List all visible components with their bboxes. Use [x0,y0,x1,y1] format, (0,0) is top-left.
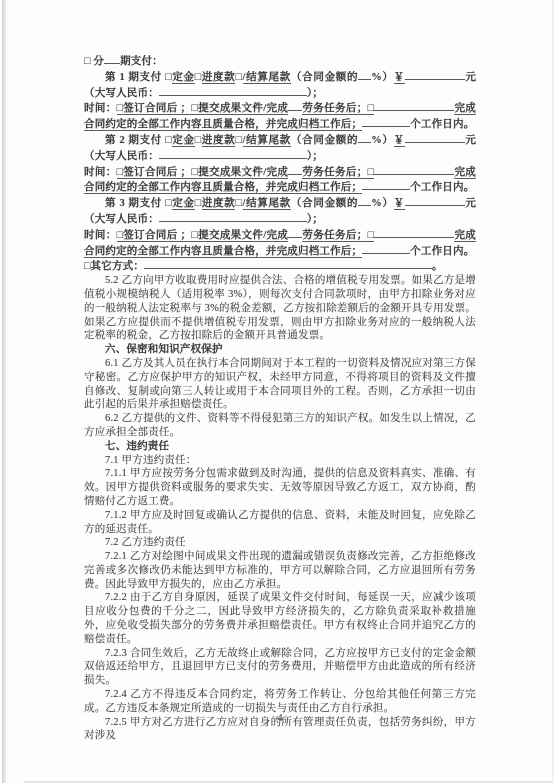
text-segment: 7.1.1 甲方应按劳务分包需求做到及时沟通，提供的信息及资料真实、准确、有效。… [84,468,476,507]
text-segment: 个工作日内。 [410,119,474,130]
clause-7-1-1: 7.1.1 甲方应按劳务分包需求做到及时沟通，提供的信息及资料真实、准确、有效。… [84,467,476,508]
text-segment: □其它方式： [84,261,144,272]
clause-7-2-4: 7.2.4 乙方不得违反本合同约定，将劳务工作转让、分包给其他任何第三方完成。乙… [84,688,476,716]
clause-7-1: 7.1 甲方违约责任： [84,454,476,468]
text-segment: （合同金额的 [291,135,358,146]
blank-fill-in-field [362,179,410,190]
text-segment: （合同金额的 [291,72,358,83]
installment-3-amount: 第 3 期支付 □定金□进度款□/结算尾款（合同金额的%）￥元（大写人民币：）； [84,195,476,227]
text-segment: /结算尾款 [243,72,291,84]
blank-fill-in-field [288,227,302,238]
text-segment: ）； [307,151,323,162]
text-segment: 劳务任务后；□ [302,103,374,115]
clause-7-1-2: 7.1.2 甲方应及时回复或确认乙方提供的信息、资料，未能及时回复，应免除乙方的… [84,509,476,537]
text-segment: 劳务任务后；□ [302,230,374,242]
text-segment: %） [371,135,393,146]
text-segment: 7.2 乙方违约责任 [105,537,186,548]
text-segment: 6.1 乙方及其人员在执行本合同期间对于本工程的一切资料及情况应对第三方保守秘密… [84,358,476,410]
contract-page: □ 分期支付：第 1 期支付 □定金□进度款□/结算尾款（合同金额的%）￥元（大… [0,0,554,783]
text-segment: 七、违约责任 [105,441,169,452]
installment-2-amount: 第 2 期支付 □定金□进度款□/结算尾款（合同金额的%）￥元（大写人民币：）； [84,132,476,164]
text-segment: 7.1.2 甲方应及时回复或确认乙方提供的信息、资料，未能及时回复，应免除乙方的… [84,510,476,535]
blank-fill-in-field [405,132,465,143]
text-segment: □ [235,198,242,209]
text-segment: %） [371,198,393,209]
text-segment: 第 2 期支付 □ [105,135,172,146]
text-segment: 进度款 [202,72,236,84]
text-segment: 第 3 期支付 □ [105,198,172,209]
blank-fill-in-field [104,53,120,64]
blank-fill-in-field [374,100,454,111]
text-segment: □ [195,72,202,83]
text-segment: 劳务任务后；□ [302,167,374,179]
text-segment: ）； [307,214,323,225]
text-segment: □签订合同后 ；□提交成果文件/完成 [117,103,289,115]
text-segment: □ [235,72,242,83]
clause-5-2: 5.2 乙方向甲方收取费用时应提供合法、合格的增值税专用发票。如果乙方是增值税小… [84,274,476,343]
blank-fill-in-field [374,227,454,238]
text-segment: 进度款 [202,135,236,147]
text-segment: 7.1 甲方违约责任： [105,455,196,466]
installment-1-time: 时间：□签订合同后 ；□提交成果文件/完成劳务任务后；□完成合同约定的全部工作内… [84,100,476,132]
clause-installment-header: □ 分期支付： [84,53,476,69]
installment-2-time: 时间：□签订合同后 ；□提交成果文件/完成劳务任务后；□完成合同约定的全部工作内… [84,164,476,196]
blank-fill-in-field [405,195,465,206]
text-segment: （合同金额的 [291,198,358,209]
blank-fill-in-field [144,258,432,269]
text-segment: ￥ [394,72,405,84]
installment-3-time: 时间：□签订合同后 ；□提交成果文件/完成劳务任务后；□完成合同约定的全部工作内… [84,227,476,259]
scan-left-edge [2,0,6,783]
blank-fill-in-field [288,100,302,111]
text-segment: /结算尾款 [243,135,291,147]
text-segment: 个工作日内。 [410,246,474,257]
text-segment: 5.2 乙方向甲方收取费用时应提供合法、合格的增值税专用发票。如果乙方是增值税小… [84,275,476,341]
section-7-heading: 七、违约责任 [84,440,476,454]
section-6-heading: 六、保密和知识产权保护 [84,343,476,357]
clause-6-1: 6.1 乙方及其人员在执行本合同期间对于本工程的一切资料及情况应对第三方保守秘密… [84,357,476,412]
blank-fill-in-field [358,132,371,143]
text-segment: □签订合同后 ；□提交成果文件/完成 [117,167,289,179]
clause-7-2-2: 7.2.2 由于乙方自身原因，延误了成果文件交付时间，每延误一天，应减少该项目应… [84,591,476,646]
blank-fill-in-field [159,148,307,159]
text-segment: 定金 [172,198,194,210]
text-segment: 六、保密和知识产权保护 [105,344,223,355]
text-segment: 。 [432,261,443,272]
document-text: □ 分期支付：第 1 期支付 □定金□进度款□/结算尾款（合同金额的%）￥元（大… [84,53,476,743]
text-segment: /结算尾款 [243,198,291,210]
text-segment: 定金 [172,135,194,147]
text-segment: 7.2.4 乙方不得违反本合同约定，将劳务工作转让、分包给其他任何第三方完成。乙… [84,689,476,714]
clause-other-method: □其它方式：。 [84,258,476,274]
installment-1-amount: 第 1 期支付 □定金□进度款□/结算尾款（合同金额的%）￥元（大写人民币：）； [84,69,476,101]
text-segment: 第 1 期支付 □ [105,72,172,83]
text-segment: 时间： [84,230,117,241]
text-segment: ）； [307,88,323,99]
text-segment: 时间： [84,103,117,114]
blank-fill-in-field [358,69,371,80]
text-segment: 6.2 乙方提供的文件、资料等不得侵犯第三方的知识产权。如发生以上情况，乙方应承… [84,413,476,438]
text-segment: 时间： [84,167,117,178]
text-segment: ￥ [394,198,405,210]
text-segment: 个工作日内。 [410,182,474,193]
page-number: 4 [84,713,476,724]
text-segment: □ [195,135,202,146]
text-segment: 进度款 [202,198,236,210]
blank-fill-in-field [405,69,465,80]
blank-fill-in-field [374,164,454,175]
clause-6-2: 6.2 乙方提供的文件、资料等不得侵犯第三方的知识产权。如发生以上情况，乙方应承… [84,412,476,440]
text-segment: 定金 [172,72,194,84]
blank-fill-in-field [288,164,302,175]
blank-fill-in-field [159,211,307,222]
text-segment: %） [371,72,393,83]
clause-7-2-3: 7.2.3 合同生效后，乙方无故终止或解除合同，乙方应按甲方已支付的定金金额双倍… [84,647,476,688]
text-segment: 7.2.3 合同生效后，乙方无故终止或解除合同，乙方应按甲方已支付的定金金额双倍… [84,648,476,687]
text-segment: 期支付： [120,56,163,67]
blank-fill-in-field [362,243,410,254]
blank-fill-in-field [358,195,371,206]
clause-7-2-1: 7.2.1 乙方对绘图中间成果文件出现的遗漏或错误负责修改完善，乙方拒绝修改完善… [84,550,476,591]
text-segment: 7.2.1 乙方对绘图中间成果文件出现的遗漏或错误负责修改完善，乙方拒绝修改完善… [84,551,476,590]
text-segment: 7.2.2 由于乙方自身原因，延误了成果文件交付时间，每延误一天，应减少该项目应… [84,592,476,644]
text-segment: □签订合同后 ；□提交成果文件/完成 [117,230,289,242]
text-segment: □ [235,135,242,146]
clause-7-2: 7.2 乙方违约责任 [84,536,476,550]
blank-fill-in-field [159,85,307,96]
text-segment: ￥ [394,135,405,147]
text-segment: □ 分 [84,56,104,67]
blank-fill-in-field [362,116,410,127]
text-segment: □ [195,198,202,209]
